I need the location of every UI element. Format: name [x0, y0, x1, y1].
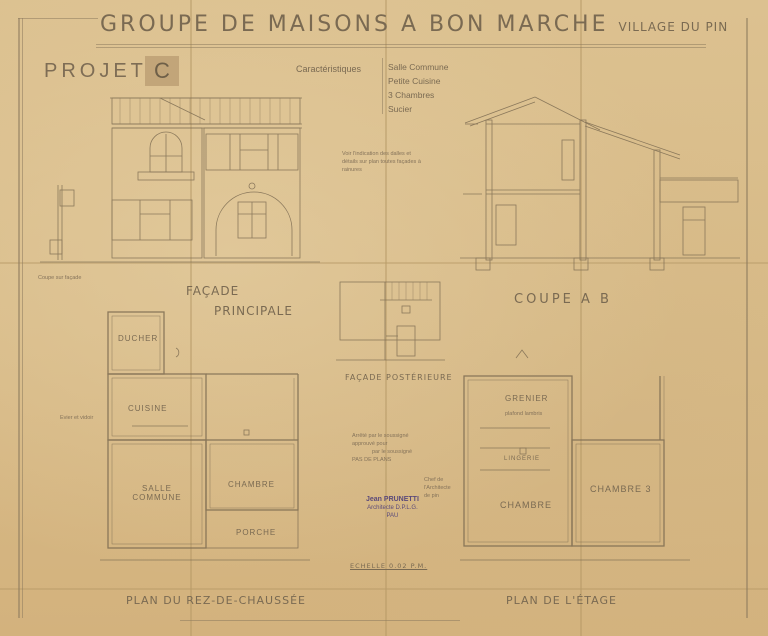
room-label: CHAMBRE — [228, 480, 275, 489]
architect-stamp: Jean PRUNETTI Architecte D.P.L.G. PAU — [366, 496, 419, 520]
note-line: l'Architecte — [424, 484, 464, 492]
stamp-name: Jean PRUNETTI — [366, 496, 419, 503]
room-label: CUISINE — [128, 404, 167, 413]
section-title: COUPE A B — [514, 292, 612, 307]
left-detail-drawing — [40, 185, 100, 262]
note-line: par le soussigné — [352, 448, 442, 456]
room-label: CHAMBRE 3 — [590, 484, 652, 494]
signature-note: Chef de l'Architecte de pin — [424, 476, 464, 500]
room-label: PORCHE — [236, 528, 276, 537]
upper-plan-title: PLAN DE L'ÉTAGE — [506, 594, 617, 607]
note-line: Chef de — [424, 476, 464, 484]
section-ab-drawing — [460, 97, 740, 270]
room-note: plafond lambris — [505, 410, 542, 418]
room-label: LINGERIE — [504, 456, 540, 462]
drawing-linework — [0, 0, 768, 636]
note-line: Arrêté par le soussigné — [352, 432, 442, 440]
note-line: PAS DE PLANS — [352, 456, 442, 464]
side-note: Evier et vidoir — [60, 414, 100, 422]
approval-note: Arrêté par le soussigné approuvé pour pa… — [352, 432, 442, 464]
stamp-line: Architecte D.P.L.G. — [367, 505, 418, 511]
front-facade-drawing — [100, 98, 320, 262]
room-label: GRENIER — [505, 394, 548, 403]
room-label: CHAMBRE — [500, 500, 552, 510]
room-label: SALLE COMMUNE — [122, 484, 192, 502]
upper-floor-plan — [460, 350, 690, 560]
front-facade-title-1: FAÇADE — [186, 284, 239, 298]
rear-facade-title: FAÇADE POSTÉRIEURE — [345, 373, 453, 382]
scale-label: ECHELLE 0.02 P.M. — [350, 562, 427, 570]
room-label: DUCHER — [118, 334, 158, 343]
front-facade-title-2: PRINCIPALE — [214, 304, 293, 318]
rear-facade-drawing — [336, 282, 445, 360]
stamp-line: PAU — [387, 513, 399, 519]
ground-plan-title: PLAN DU REZ-DE-CHAUSSÉE — [126, 594, 306, 607]
architectural-sheet: GROUPE DE MAISONS A BON MARCHE VILLAGE D… — [0, 0, 768, 636]
note-line: approuvé pour — [352, 440, 442, 448]
ground-floor-plan — [100, 312, 310, 560]
note-line: de pin — [424, 492, 464, 500]
